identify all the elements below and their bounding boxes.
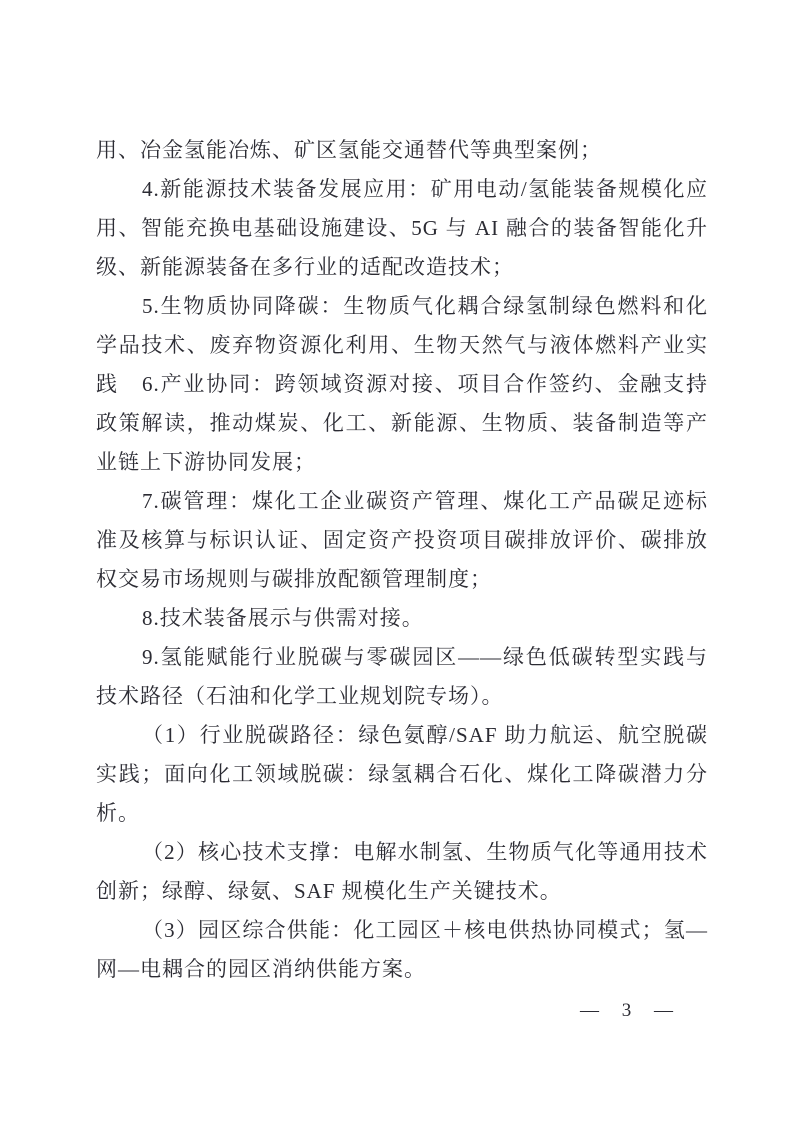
text-line: 创新；绿醇、绿氨、SAF 规模化生产关键技术。: [96, 872, 708, 911]
page-number: — 3 —: [580, 996, 682, 1026]
text-line: 政策解读，推动煤炭、化工、新能源、生物质、装备制造等产: [96, 404, 708, 443]
text-line: （1）行业脱碳路径：绿色氨醇/SAF 助力航运、航空脱碳: [96, 716, 708, 755]
text-line: （2）核心技术支撑：电解水制氢、生物质气化等通用技术: [96, 833, 708, 872]
text-line: 技术路径（石油和化学工业规划院专场）。: [96, 677, 708, 716]
text-line: 业链上下游协同发展；: [96, 443, 708, 482]
text-line: 6.产业协同：跨领域资源对接、项目合作签约、金融支持: [96, 365, 708, 404]
text-line: 网—电耦合的园区消纳供能方案。: [96, 950, 708, 989]
text-line: （3）园区综合供能：化工园区＋核电供热协同模式；氢—: [96, 911, 708, 950]
text-line: 5.生物质协同降碳：生物质气化耦合绿氢制绿色燃料和化: [96, 287, 708, 326]
text-line: 9.氢能赋能行业脱碳与零碳园区——绿色低碳转型实践与: [96, 638, 708, 677]
document-body: 用、冶金氢能冶炼、矿区氢能交通替代等典型案例； 4.新能源技术装备发展应用：矿用…: [96, 131, 708, 989]
text-line: 学品技术、废弃物资源化利用、生物天然气与液体燃料产业实践；: [96, 326, 708, 365]
text-line: 4.新能源技术装备发展应用：矿用电动/氢能装备规模化应: [96, 170, 708, 209]
document-page: 用、冶金氢能冶炼、矿区氢能交通替代等典型案例； 4.新能源技术装备发展应用：矿用…: [0, 0, 794, 1123]
text-line: 用、智能充换电基础设施建设、5G 与 AI 融合的装备智能化升: [96, 209, 708, 248]
text-line: 析。: [96, 794, 708, 833]
text-line: 8.技术装备展示与供需对接。: [96, 599, 708, 638]
text-line: 用、冶金氢能冶炼、矿区氢能交通替代等典型案例；: [96, 131, 708, 170]
text-line: 权交易市场规则与碳排放配额管理制度；: [96, 560, 708, 599]
text-line: 7.碳管理：煤化工企业碳资产管理、煤化工产品碳足迹标: [96, 482, 708, 521]
text-line: 级、新能源装备在多行业的适配改造技术；: [96, 248, 708, 287]
text-line: 实践；面向化工领域脱碳：绿氢耦合石化、煤化工降碳潜力分: [96, 755, 708, 794]
text-line: 准及核算与标识认证、固定资产投资项目碳排放评价、碳排放: [96, 521, 708, 560]
